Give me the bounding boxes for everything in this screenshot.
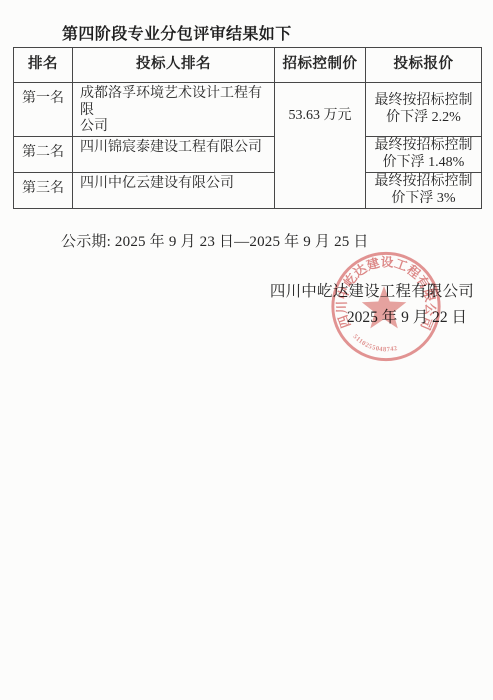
page-title: 第四阶段专业分包评审结果如下: [62, 21, 292, 44]
bidder-cell: 四川锦宸泰建设工程有限公司: [73, 136, 275, 172]
notice-period-text: 公示期: 2025 年 9 月 23 日—2025 年 9 月 25 日: [61, 230, 369, 251]
company-seal-stamp: 四川中屹达建设工程有限公司 5110255048742: [326, 248, 446, 365]
table-header-row: 排名 投标人排名 招标控制价 投标报价: [14, 48, 482, 83]
table-row: 第二名 四川锦宸泰建设工程有限公司 最终按招标控制 价下浮 1.48%: [14, 136, 482, 172]
header-bidder: 投标人排名: [73, 48, 275, 83]
quote-cell: 最终按招标控制 价下浮 2.2%: [366, 83, 482, 137]
header-rank: 排名: [14, 48, 73, 83]
bidder-cell: 成都洛孚环境艺术设计工程有限 公司: [73, 83, 275, 137]
quote-cell: 最终按招标控制 价下浮 3%: [366, 172, 482, 208]
table-row: 第三名 四川中亿云建设有限公司 最终按招标控制 价下浮 3%: [14, 172, 482, 208]
stamp-star-icon: [362, 286, 406, 328]
rank-cell: 第三名: [14, 172, 73, 208]
table-row: 第一名 成都洛孚环境艺术设计工程有限 公司 53.63 万元 最终按招标控制 价…: [14, 83, 482, 137]
control-price-cell: 53.63 万元: [275, 83, 366, 209]
rank-cell: 第一名: [14, 83, 73, 137]
header-bid-quote: 投标报价: [366, 48, 482, 83]
bid-results-table: 排名 投标人排名 招标控制价 投标报价 第一名 成都洛孚环境艺术设计工程有限 公…: [13, 47, 482, 209]
scanned-document-page: 第四阶段专业分包评审结果如下 排名 投标人排名 招标控制价 投标报价 第一名 成…: [0, 0, 493, 700]
bidder-cell: 四川中亿云建设有限公司: [73, 172, 275, 208]
rank-cell: 第二名: [14, 136, 73, 172]
quote-cell: 最终按招标控制 价下浮 1.48%: [366, 136, 482, 172]
header-control-price: 招标控制价: [275, 48, 366, 83]
